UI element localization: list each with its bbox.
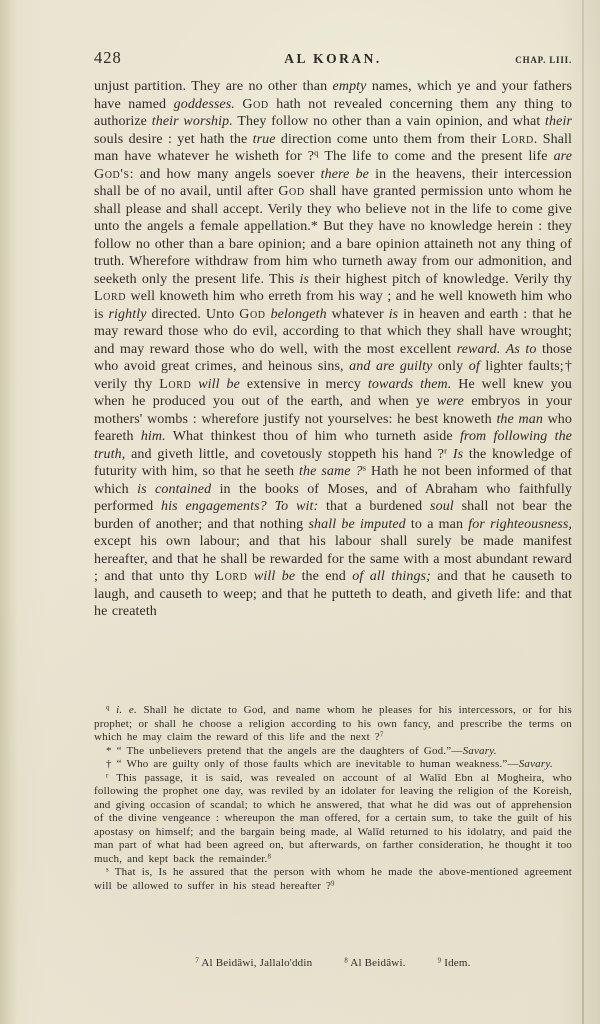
page-header: 428 AL KORAN. CHAP. LIII. [94,48,572,68]
footnote-asterisk: * “ The unbelievers pretend that the ang… [94,745,572,759]
footnote-r: r This passage, it is said, was revealed… [94,772,572,867]
footnote-s: s That is, Is he assured that the person… [94,866,572,893]
reference-item: 8 Al Beidâwi. [344,957,405,969]
chapter-label: CHAP. LIII. [477,55,572,65]
references-line: 7 Al Beidâwi, Jallalo'ddin 8 Al Beidâwi.… [94,957,572,969]
page-number: 428 [94,48,189,68]
page-edge-shadow [582,0,584,1024]
body-text-block: unjust partition. They are no other than… [94,78,572,621]
reference-item: 7 Al Beidâwi, Jallalo'ddin [195,957,312,969]
footnotes-section: q i. e. Shall he dictate to God, and nam… [94,704,572,893]
footnote-q: q i. e. Shall he dictate to God, and nam… [94,704,572,745]
body-paragraph: unjust partition. They are no other than… [94,78,572,621]
book-page-scan: 428 AL KORAN. CHAP. LIII. unjust partiti… [0,0,600,1024]
footnote-dagger: † “ Who are guilty only of those faults … [94,758,572,772]
running-title: AL KORAN. [189,51,477,67]
reference-item: 9 Idem. [438,957,471,969]
